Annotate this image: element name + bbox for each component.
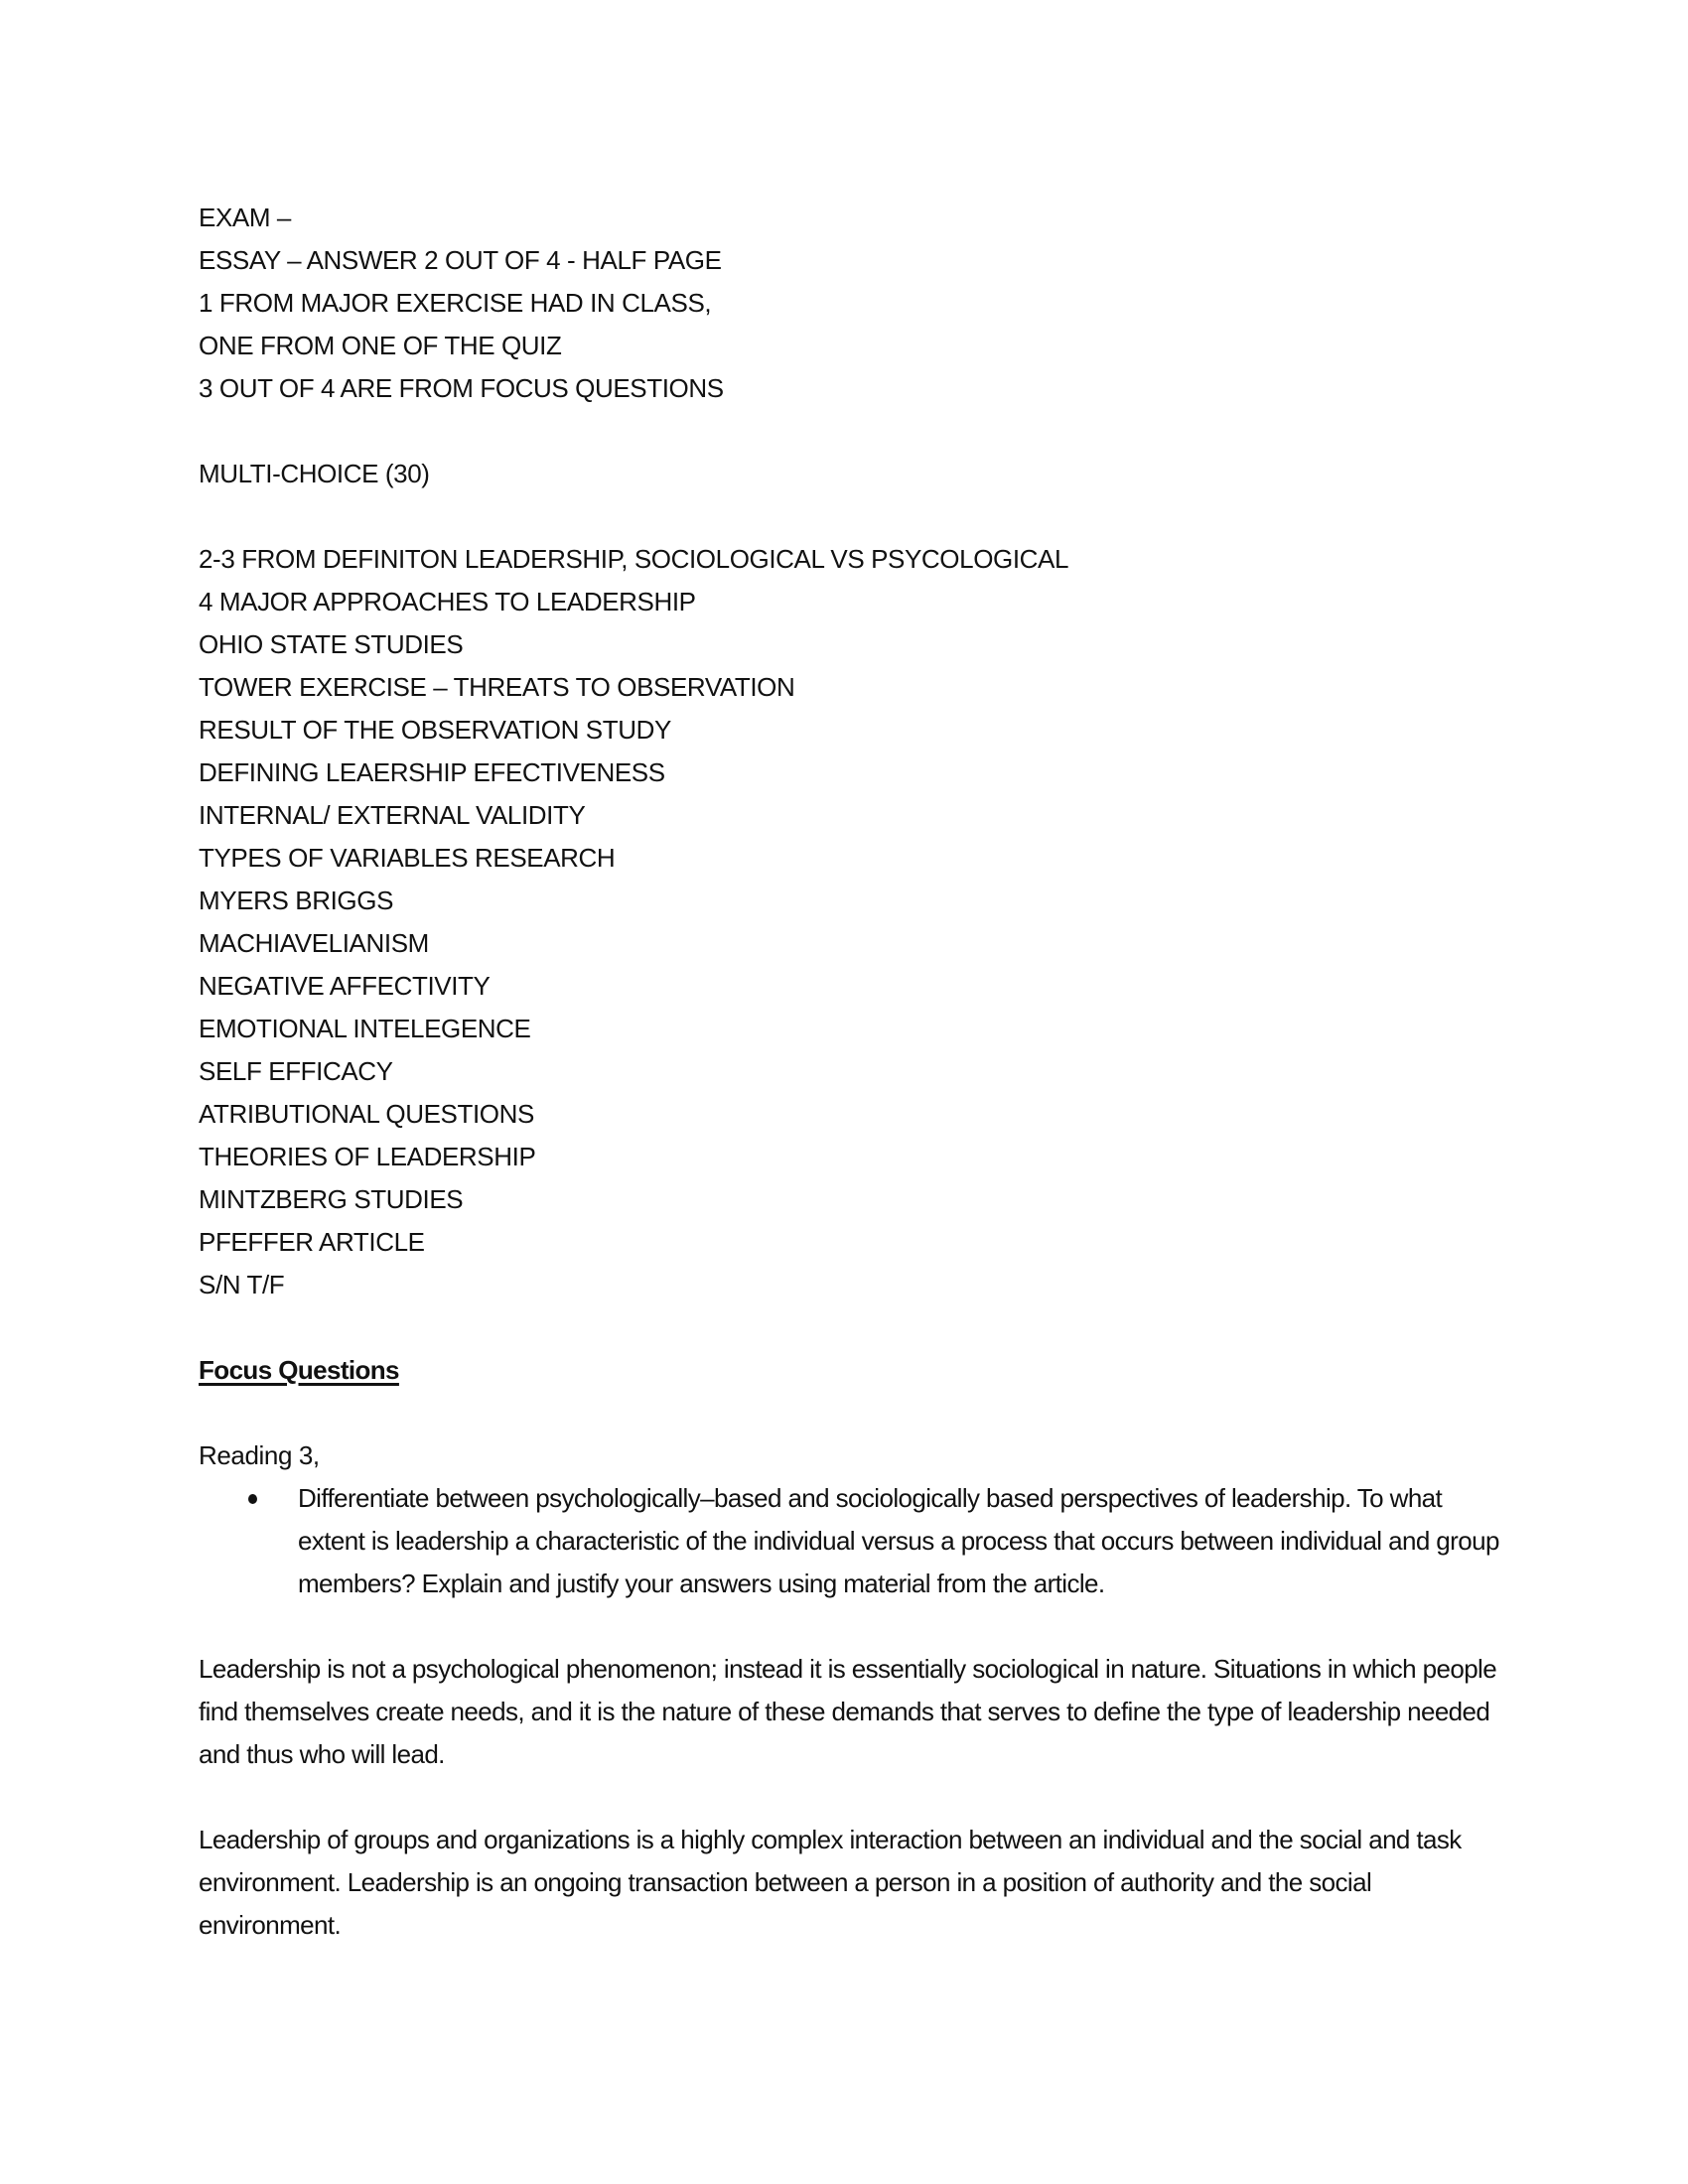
spacer <box>199 495 1509 538</box>
topic-item: DEFINING LEAERSHIP EFECTIVENESS <box>199 751 1509 794</box>
topic-item: S/N T/F <box>199 1264 1509 1306</box>
topic-item: THEORIES OF LEADERSHIP <box>199 1136 1509 1178</box>
essay-instructions: ESSAY – ANSWER 2 OUT OF 4 - HALF PAGE <box>199 239 1509 282</box>
question-list: Differentiate between psychologically–ba… <box>199 1477 1509 1605</box>
spacer <box>199 1306 1509 1349</box>
essay-source-exercise: 1 FROM MAJOR EXERCISE HAD IN CLASS, <box>199 282 1509 325</box>
answer-paragraph: Leadership is not a psychological phenom… <box>199 1648 1519 1776</box>
topic-item: SELF EFFICACY <box>199 1050 1509 1093</box>
topic-item: 2-3 FROM DEFINITON LEADERSHIP, SOCIOLOGI… <box>199 538 1509 581</box>
topic-item: ATRIBUTIONAL QUESTIONS <box>199 1093 1509 1136</box>
document-page: EXAM – ESSAY – ANSWER 2 OUT OF 4 - HALF … <box>199 197 1509 1947</box>
bullet-icon <box>248 1494 257 1504</box>
topic-item: 4 MAJOR APPROACHES TO LEADERSHIP <box>199 581 1509 623</box>
topic-item: MINTZBERG STUDIES <box>199 1178 1509 1221</box>
exam-title: EXAM – <box>199 197 1509 239</box>
exam-overview: EXAM – ESSAY – ANSWER 2 OUT OF 4 - HALF … <box>199 197 1509 410</box>
answer-paragraph: Leadership of groups and organizations i… <box>199 1819 1519 1947</box>
multi-choice-label: MULTI-CHOICE (30) <box>199 453 1509 495</box>
topic-item: MACHIAVELIANISM <box>199 922 1509 965</box>
spacer <box>199 1776 1509 1819</box>
spacer <box>199 1605 1509 1648</box>
question-text: Differentiate between psychologically–ba… <box>298 1483 1499 1598</box>
topic-item: RESULT OF THE OBSERVATION STUDY <box>199 709 1509 751</box>
topic-item: TYPES OF VARIABLES RESEARCH <box>199 837 1509 880</box>
topic-item: INTERNAL/ EXTERNAL VALIDITY <box>199 794 1509 837</box>
topic-item: PFEFFER ARTICLE <box>199 1221 1509 1264</box>
reading-label: Reading 3, <box>199 1434 1509 1477</box>
topic-item: MYERS BRIGGS <box>199 880 1509 922</box>
question-item: Differentiate between psychologically–ba… <box>199 1477 1509 1605</box>
focus-questions-section: Focus Questions Reading 3, Differentiate… <box>199 1349 1509 1947</box>
spacer <box>199 1392 1509 1434</box>
spacer <box>199 410 1509 453</box>
topic-list: 2-3 FROM DEFINITON LEADERSHIP, SOCIOLOGI… <box>199 538 1509 1306</box>
topic-item: EMOTIONAL INTELEGENCE <box>199 1008 1509 1050</box>
essay-source-focus: 3 OUT OF 4 ARE FROM FOCUS QUESTIONS <box>199 367 1509 410</box>
topic-item: OHIO STATE STUDIES <box>199 623 1509 666</box>
topic-item: TOWER EXERCISE – THREATS TO OBSERVATION <box>199 666 1509 709</box>
topic-item: NEGATIVE AFFECTIVITY <box>199 965 1509 1008</box>
essay-source-quiz: ONE FROM ONE OF THE QUIZ <box>199 325 1509 367</box>
focus-questions-heading: Focus Questions <box>199 1349 1509 1392</box>
